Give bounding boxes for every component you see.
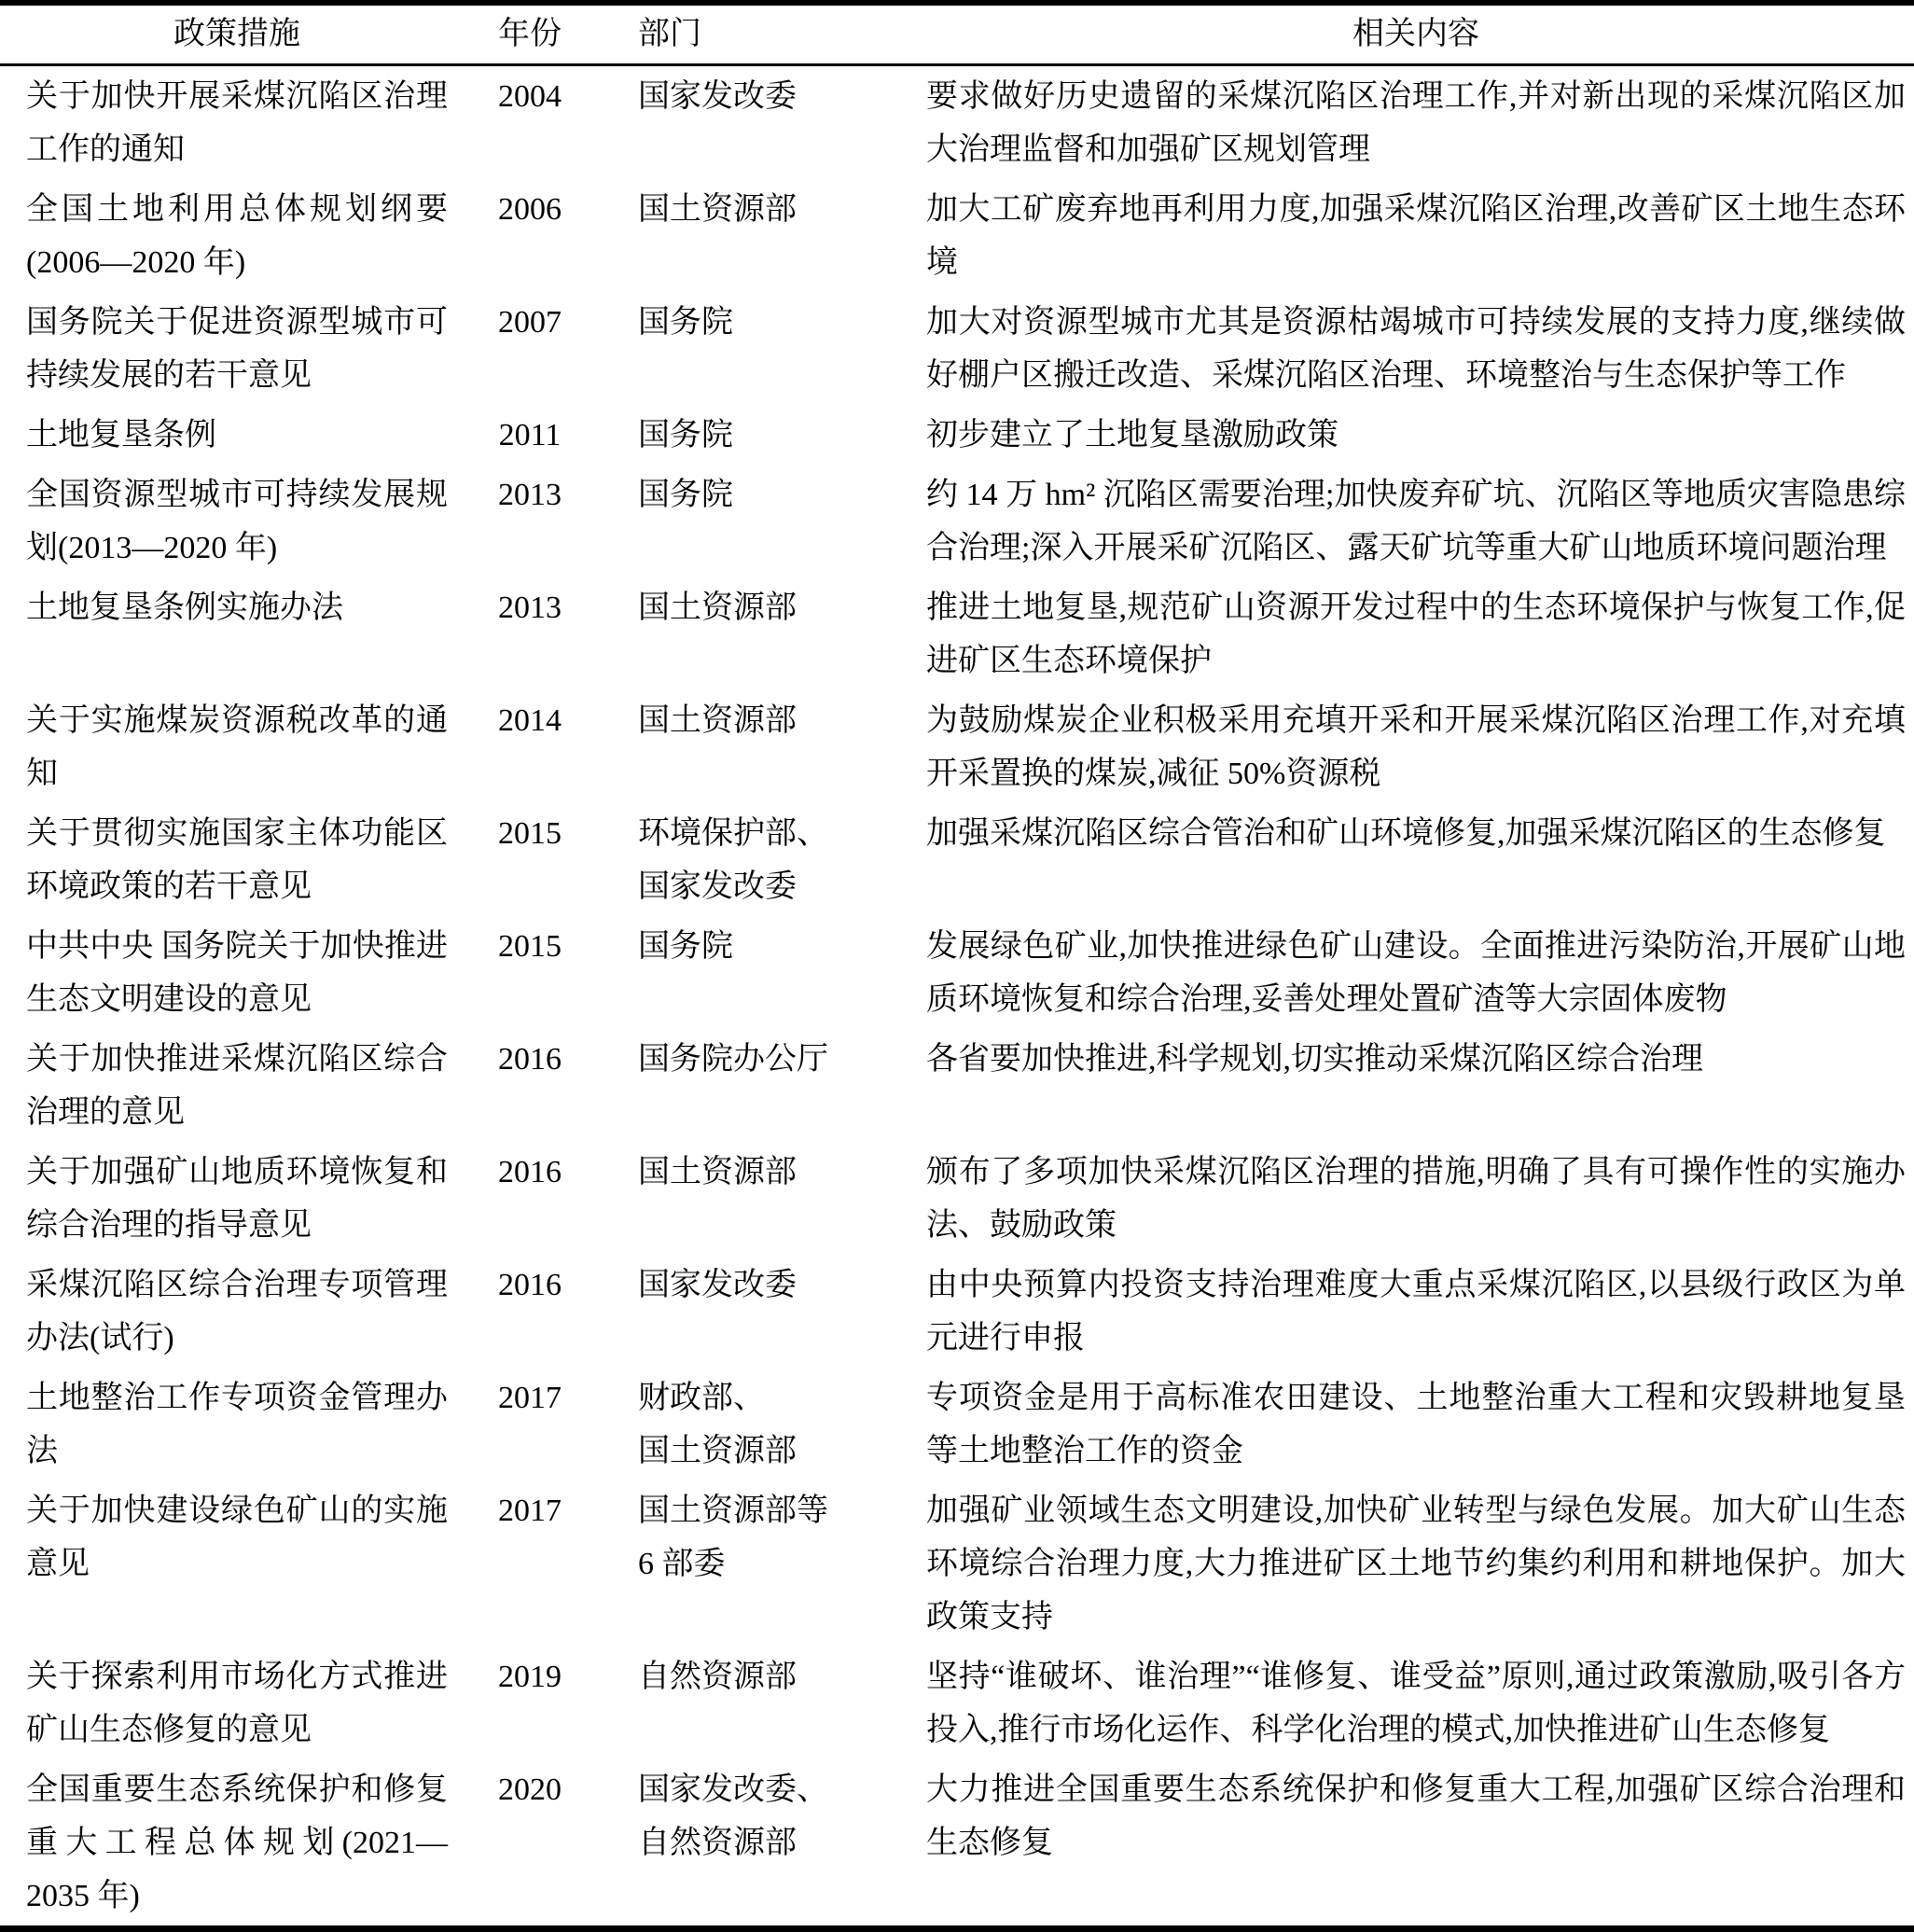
year-cell: 2013: [465, 581, 595, 634]
dept-cell: 国务院: [638, 920, 918, 973]
dept-cell: 国务院: [638, 468, 918, 521]
year-cell: 2017: [465, 1371, 595, 1425]
content-cell: 发展绿色矿业,加快推进绿色矿山建设。全面推进污染防治,开展矿山地质环境恢复和综合…: [926, 920, 1906, 1026]
policy-cell: 土地复垦条例: [26, 409, 448, 462]
policy-table: 政策措施 年份 部门 相关内容 关于加快开展采煤沉陷区治理工作的通知 2004 …: [0, 0, 1914, 1932]
year-cell: 2016: [465, 1146, 595, 1199]
dept-cell: 国家发改委: [638, 70, 918, 123]
dept-cell: 国家发改委: [638, 1258, 918, 1312]
table-header-row: 政策措施 年份 部门 相关内容: [0, 6, 1914, 66]
content-cell: 专项资金是用于高标准农田建设、土地整治重大工程和灾毁耕地复垦等土地整治工作的资金: [926, 1371, 1906, 1478]
content-cell: 为鼓励煤炭企业积极采用充填开采和开展采煤沉陷区治理工作,对充填开采置换的煤炭,减…: [926, 694, 1906, 800]
table-row: 关于加快推进采煤沉陷区综合治理的意见 2016 国务院办公厅 各省要加快推进,科…: [0, 1029, 1914, 1142]
header-policy: 政策措施: [26, 11, 448, 58]
table-row: 土地复垦条例 2011 国务院 初步建立了土地复垦激励政策: [0, 405, 1914, 465]
year-cell: 2004: [465, 70, 595, 123]
dept-cell: 国务院: [638, 409, 918, 462]
table-row: 关于贯彻实施国家主体功能区环境政策的若干意见 2015 环境保护部、 国家发改委…: [0, 803, 1914, 916]
table-row: 关于加快建设绿色矿山的实施意见 2017 国土资源部等 6 部委 加强矿业领域生…: [0, 1480, 1914, 1647]
content-cell: 坚持“谁破坏、谁治理”“谁修复、谁受益”原则,通过政策激励,吸引各方投入,推行市…: [926, 1650, 1906, 1757]
table-row: 中共中央 国务院关于加快推进生态文明建设的意见 2015 国务院 发展绿色矿业,…: [0, 916, 1914, 1029]
content-cell: 加强矿业领域生态文明建设,加快矿业转型与绿色发展。加大矿山生态环境综合治理力度,…: [926, 1484, 1906, 1644]
policy-cell: 全国土地利用总体规划纲要(2006—2020 年): [26, 183, 448, 289]
content-cell: 约 14 万 hm² 沉陷区需要治理;加快废弃矿坑、沉陷区等地质灾害隐患综合治理…: [926, 468, 1906, 575]
year-cell: 2019: [465, 1650, 595, 1703]
policy-cell: 关于实施煤炭资源税改革的通知: [26, 694, 448, 800]
dept-cell: 财政部、 国土资源部: [638, 1371, 918, 1478]
policy-cell: 采煤沉陷区综合治理专项管理办法(试行): [26, 1258, 448, 1365]
table-row: 关于探索利用市场化方式推进矿山生态修复的意见 2019 自然资源部 坚持“谁破坏…: [0, 1647, 1914, 1759]
dept-cell: 国土资源部: [638, 694, 918, 747]
table-row: 全国资源型城市可持续发展规划(2013—2020 年) 2013 国务院 约 1…: [0, 465, 1914, 577]
dept-cell: 国土资源部: [638, 581, 918, 634]
year-cell: 2014: [465, 694, 595, 747]
dept-cell: 自然资源部: [638, 1650, 918, 1703]
dept-cell: 国土资源部: [638, 1146, 918, 1199]
policy-cell: 中共中央 国务院关于加快推进生态文明建设的意见: [26, 920, 448, 1026]
year-cell: 2007: [465, 296, 595, 349]
table-row: 全国土地利用总体规划纲要(2006—2020 年) 2006 国土资源部 加大工…: [0, 179, 1914, 292]
year-cell: 2016: [465, 1033, 595, 1086]
year-cell: 2011: [465, 409, 595, 462]
policy-cell: 土地整治工作专项资金管理办法: [26, 1371, 448, 1478]
content-cell: 加强采煤沉陷区综合管治和矿山环境修复,加强采煤沉陷区的生态修复: [926, 807, 1906, 860]
year-cell: 2006: [465, 183, 595, 236]
table-row: 采煤沉陷区综合治理专项管理办法(试行) 2016 国家发改委 由中央预算内投资支…: [0, 1255, 1914, 1368]
content-cell: 要求做好历史遗留的采煤沉陷区治理工作,并对新出现的采煤沉陷区加大治理监督和加强矿…: [926, 70, 1906, 176]
content-cell: 由中央预算内投资支持治理难度大重点采煤沉陷区,以县级行政区为单元进行申报: [926, 1258, 1906, 1365]
policy-cell: 关于探索利用市场化方式推进矿山生态修复的意见: [26, 1650, 448, 1757]
table-row: 关于加快开展采煤沉陷区治理工作的通知 2004 国家发改委 要求做好历史遗留的采…: [0, 66, 1914, 179]
content-cell: 加大工矿废弃地再利用力度,加强采煤沉陷区治理,改善矿区土地生态环境: [926, 183, 1906, 289]
table-row: 土地复垦条例实施办法 2013 国土资源部 推进土地复垦,规范矿山资源开发过程中…: [0, 577, 1914, 690]
year-cell: 2013: [465, 468, 595, 521]
header-content: 相关内容: [926, 11, 1906, 58]
dept-cell: 国务院: [638, 296, 918, 349]
content-cell: 各省要加快推进,科学规划,切实推动采煤沉陷区综合治理: [926, 1033, 1906, 1086]
year-cell: 2017: [465, 1484, 595, 1537]
dept-cell: 环境保护部、 国家发改委: [638, 807, 918, 913]
content-cell: 颁布了多项加快采煤沉陷区治理的措施,明确了具有可操作性的实施办法、鼓励政策: [926, 1146, 1906, 1252]
policy-cell: 关于加快推进采煤沉陷区综合治理的意见: [26, 1033, 448, 1139]
dept-cell: 国土资源部等 6 部委: [638, 1484, 918, 1591]
policy-cell: 关于贯彻实施国家主体功能区环境政策的若干意见: [26, 807, 448, 913]
dept-cell: 国务院办公厅: [638, 1033, 918, 1086]
dept-cell: 国家发改委、 自然资源部: [638, 1763, 918, 1869]
policy-cell: 土地复垦条例实施办法: [26, 581, 448, 634]
year-cell: 2015: [465, 807, 595, 860]
year-cell: 2015: [465, 920, 595, 973]
table-row: 土地整治工作专项资金管理办法 2017 财政部、 国土资源部 专项资金是用于高标…: [0, 1368, 1914, 1480]
policy-cell: 国务院关于促进资源型城市可持续发展的若干意见: [26, 296, 448, 402]
table-row: 关于实施煤炭资源税改革的通知 2014 国土资源部 为鼓励煤炭企业积极采用充填开…: [0, 690, 1914, 803]
policy-cell: 全国重要生态系统保护和修复重大工程总体规划(2021—2035 年): [26, 1763, 448, 1923]
dept-cell: 国土资源部: [638, 183, 918, 236]
policy-cell: 关于加快建设绿色矿山的实施意见: [26, 1484, 448, 1591]
table-row: 全国重要生态系统保护和修复重大工程总体规划(2021—2035 年) 2020 …: [0, 1759, 1914, 1925]
policy-cell: 关于加强矿山地质环境恢复和综合治理的指导意见: [26, 1146, 448, 1252]
header-dept: 部门: [638, 11, 918, 58]
content-cell: 初步建立了土地复垦激励政策: [926, 409, 1906, 462]
year-cell: 2016: [465, 1258, 595, 1312]
header-year: 年份: [465, 11, 595, 58]
policy-cell: 全国资源型城市可持续发展规划(2013—2020 年): [26, 468, 448, 575]
content-cell: 加大对资源型城市尤其是资源枯竭城市可持续发展的支持力度,继续做好棚户区搬迁改造、…: [926, 296, 1906, 402]
policy-cell: 关于加快开展采煤沉陷区治理工作的通知: [26, 70, 448, 176]
page: 政策措施 年份 部门 相关内容 关于加快开展采煤沉陷区治理工作的通知 2004 …: [0, 0, 1914, 1932]
content-cell: 大力推进全国重要生态系统保护和修复重大工程,加强矿区综合治理和生态修复: [926, 1763, 1906, 1869]
table-row: 关于加强矿山地质环境恢复和综合治理的指导意见 2016 国土资源部 颁布了多项加…: [0, 1142, 1914, 1255]
content-cell: 推进土地复垦,规范矿山资源开发过程中的生态环境保护与恢复工作,促进矿区生态环境保…: [926, 581, 1906, 688]
table-row: 国务院关于促进资源型城市可持续发展的若干意见 2007 国务院 加大对资源型城市…: [0, 292, 1914, 405]
year-cell: 2020: [465, 1763, 595, 1816]
